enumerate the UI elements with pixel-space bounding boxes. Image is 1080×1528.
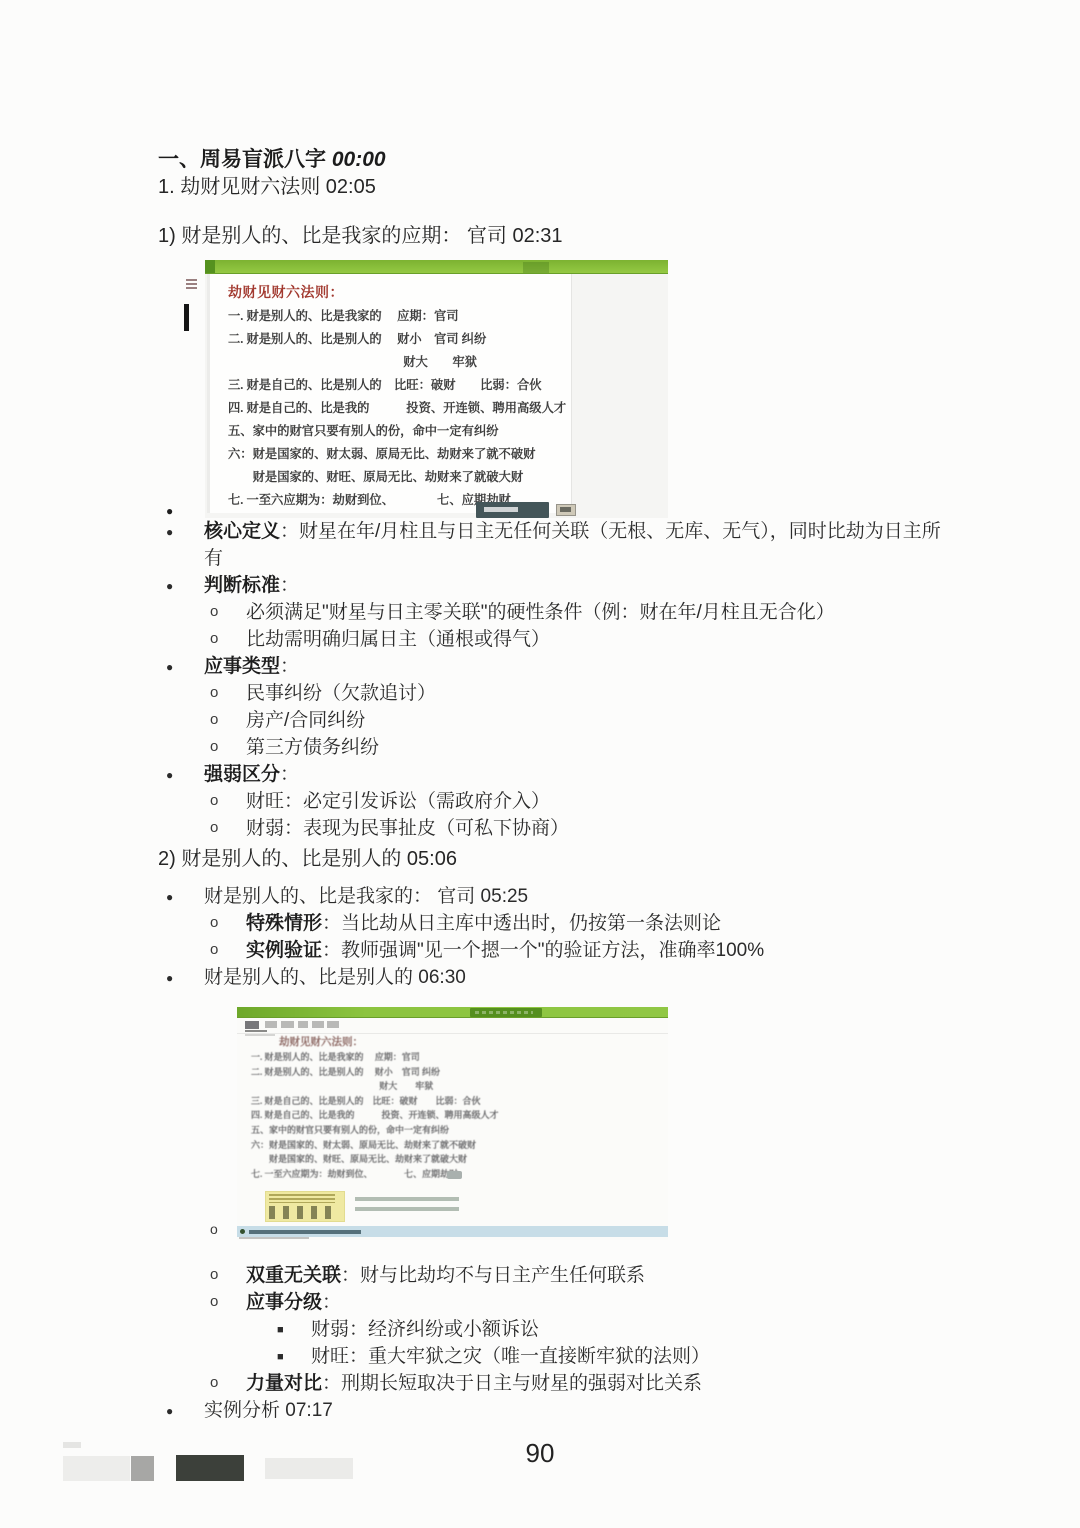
bullet-marker: o [210,1369,218,1396]
list-item-text: 双重无关联：财与比劫均不与日主产生任何联系 [246,1265,645,1286]
document-body: 一、周易盲派八字 00:00 1. 劫财见财六法则 02:05 1) 财是别人的… [158,146,968,1424]
list-item: ●财是别人的、比是我家的： 官司 05:25 [158,883,958,910]
notes-page: 一、周易盲派八字 00:00 1. 劫财见财六法则 02:05 1) 财是别人的… [0,0,1080,1528]
watermark-block [131,1456,154,1481]
section-heading: 一、周易盲派八字 00:00 [158,146,968,174]
bullet-marker: ● [166,762,173,789]
watermark-block [176,1455,244,1481]
list-item: ●实例分析 07:17 [158,1397,958,1424]
slide-line: 三. 财是自己的、比是别人的 比旺：破财 比弱：合伙 [228,374,571,397]
list-item: o力量对比：刑期长短取决于日主与财星的强弱对比关系 [158,1370,958,1397]
slide-line: 四. 财是自己的、比是我的 投资、开连锁、聘用高级人才 [251,1108,499,1123]
list-item-text: 财旺：重大牢狱之灾（唯一直接断牢狱的法则） [311,1346,710,1367]
highlighted-chart-block [265,1191,345,1222]
slide-line: 二. 财是别人的、比是别人的 财小 官司 纠纷 [228,328,571,351]
green-bar-title-blob [470,1008,542,1017]
case-list: ●财是别人的、比是我家的： 官司 05:25o特殊情形：当比劫从日主库中透出时，… [158,883,958,991]
bullet-marker: o [210,1288,218,1315]
list-item-text: 财是别人的、比是我家的： 官司 05:25 [204,886,528,907]
player-control-button [476,502,549,518]
watermark-block [63,1456,130,1481]
blurred-annotation [355,1197,459,1214]
timestamp: 00:00 [332,148,386,171]
menu-chip [312,1021,324,1028]
text-cursor-mark [184,304,189,331]
list-item: ●核心定义：财星在年/月柱且与日主无任何关联（无根、无库、无气），同时比劫为日主… [158,518,958,572]
list-item-text: 财弱：表现为民事扯皮（可私下协商） [246,818,569,839]
slide-line: 一. 财是别人的、比是我家的 应期：官司 [228,305,571,328]
menu-chip [327,1021,339,1028]
list-item-text: 实例验证：教师强调"见一个摁一个"的验证方法，准确率100% [246,940,764,961]
list-item: o财弱：表现为民事扯皮（可私下协商） [158,815,958,842]
slide-rule-lines: 一. 财是别人的、比是我家的 应期：官司二. 财是别人的、比是别人的 财小 官司… [228,305,571,512]
bullet-marker: ● [166,1398,173,1425]
menu-chip [298,1021,308,1028]
list-item-text: 特殊情形：当比劫从日主库中透出时，仍按第一条法则论 [246,913,721,934]
slide-line: 六：财是国家的、财太弱、原局无比、劫财来了就不破财 [228,443,571,466]
slide-title: 劫财见财六法则： [228,282,571,302]
bullet-marker: ■ [277,1317,284,1344]
list-item-text: 判断标准： [204,575,299,596]
slide-line: 财大 牢狱 [251,1079,499,1094]
bullet-marker: o [210,733,218,760]
player-image-icon [556,504,576,516]
player-taskbar [237,1226,668,1237]
lecture-slide-screenshot-2: 劫财见财六法则： 一. 财是别人的、比是我家的 应期：官司二. 财是别人的、比是… [237,1007,668,1240]
menu-chip [265,1021,277,1028]
list-item-text: 必须满足"财星与日主零关联"的硬性条件（例：财在年/月柱且无合化） [246,602,835,623]
list-item: ●财是别人的、比是别人的 06:30 [158,964,958,991]
green-bar-cap [205,260,215,273]
bullet-marker: ● [166,654,173,681]
bullet-marker: ● [166,519,173,546]
bullet-marker: o [210,814,218,841]
bullet-marker: o [210,787,218,814]
slide-line: 财是国家的、财旺、原局无比、劫财来了就破大财 [251,1152,499,1167]
list-item: o特殊情形：当比劫从日主库中透出时，仍按第一条法则论 [158,910,958,937]
list-item: o第三方债务纠纷 [158,734,958,761]
list-item-text: 财旺：必定引发诉讼（需政府介入） [246,791,550,812]
definition-list: ●核心定义：财星在年/月柱且与日主无任何关联（无根、无库、无气），同时比劫为日主… [158,518,958,842]
bullet-marker: ● [166,965,173,992]
list-item: o房产/合同纠纷 [158,707,958,734]
lecture-slide-screenshot-1: 劫财见财六法则： 一. 财是别人的、比是我家的 应期：官司二. 财是别人的、比是… [205,260,668,518]
list-item: o双重无关联：财与比劫均不与日主产生任何联系 [158,1262,958,1289]
list-item-text: 应事类型： [204,656,299,677]
list-item: ●应事类型： [158,653,958,680]
watermark-block [63,1442,81,1448]
hand-icon [447,1171,462,1179]
menu-chip [245,1021,259,1029]
section-heading-text: 一、周易盲派八字 [158,148,326,171]
green-bar-segment [523,262,549,273]
list-item-text: 房产/合同纠纷 [246,710,365,731]
slide-line: 五、家中的财官只要有别人的份，命中一定有纠纷 [228,420,571,443]
list-item: o比劫需明确归属日主（通根或得气） [158,626,958,653]
bullet-marker: o [210,1261,218,1288]
menu-underline-2 [245,1034,275,1036]
empty-bullet: ● [166,504,173,518]
list-item: ■财旺：重大牢狱之灾（唯一直接断牢狱的法则） [158,1343,958,1370]
slide-line: 四. 财是自己的、比是我的 投资、开连锁、聘用高级人才 [228,397,571,420]
slide-line: 财大 牢狱 [228,351,571,374]
slide-content: 劫财见财六法则： 一. 财是别人的、比是我家的 应期：官司二. 财是别人的、比是… [207,274,572,513]
sub-heading: 1. 劫财见财六法则 02:05 [158,174,968,201]
list-item-text: 实例分析 07:17 [204,1400,333,1421]
bullet-marker: o [210,936,218,963]
list-item: o财旺：必定引发诉讼（需政府介入） [158,788,958,815]
bullet-marker: o [210,706,218,733]
bullet-marker: ■ [277,1344,284,1371]
bullet-marker: o [210,598,218,625]
slide-line: 一. 财是别人的、比是我家的 应期：官司 [251,1050,499,1065]
list-item-text: 比劫需明确归属日主（通根或得气） [246,629,550,650]
slide-line: 财是国家的、财旺、原局无比、劫财来了就破大财 [228,466,571,489]
list-item: ●强弱区分： [158,761,958,788]
list-item: o实例验证：教师强调"见一个摁一个"的验证方法，准确率100% [158,937,958,964]
menu-chip [281,1021,294,1028]
slide-line: 二. 财是别人的、比是别人的 财小 官司 纠纷 [251,1065,499,1080]
list-item: o必须满足"财星与日主零关联"的硬性条件（例：财在年/月柱且无合化） [158,599,958,626]
slide-title-small: 劫财见财六法则： [279,1034,363,1049]
margin-marks [186,279,197,289]
bullet-marker: o [210,909,218,936]
list-item-text: 第三方债务纠纷 [246,737,379,758]
taskbar-substripe [239,1237,309,1239]
bullet-marker: ● [166,573,173,600]
bullet-marker: o [210,625,218,652]
list-item-text: 应事分级： [246,1292,341,1313]
slide-line: 三. 财是自己的、比是别人的 比旺：破财 比弱：合伙 [251,1094,499,1109]
slide-line: 六：财是国家的、财太弱、原局无比、劫财来了就不破财 [251,1138,499,1153]
empty-circle-bullet: o [210,1221,218,1237]
menu-underline [245,1030,267,1032]
player-green-bar-2 [237,1007,668,1018]
list-item: ●判断标准： [158,572,958,599]
list-item-text: 财弱：经济纠纷或小额诉讼 [311,1319,539,1340]
numbered-point-1: 1) 财是别人的、比是我家的应期： 官司 02:31 [158,223,968,250]
grading-list: o双重无关联：财与比劫均不与日主产生任何联系o应事分级：■财弱：经济纠纷或小额诉… [158,1262,958,1424]
slide-line: 五、家中的财官只要有别人的份，命中一定有纠纷 [251,1123,499,1138]
numbered-point-2: 2) 财是别人的、比是别人的 05:06 [158,846,968,873]
list-item-text: 强弱区分： [204,764,299,785]
page-number: 90 [0,1438,1080,1469]
slide-rule-lines-small: 一. 财是别人的、比是我家的 应期：官司二. 财是别人的、比是别人的 财小 官司… [251,1050,499,1181]
bullet-marker: ● [166,884,173,911]
bullet-marker: o [210,679,218,706]
list-item-text: 财是别人的、比是别人的 06:30 [204,967,466,988]
list-item-text: 力量对比：刑期长短取决于日主与财星的强弱对比关系 [246,1373,702,1394]
list-item-text: 核心定义：财星在年/月柱且与日主无任何关联（无根、无库、无气），同时比劫为日主所… [204,521,941,569]
player-green-bar [205,260,668,274]
list-item: o民事纠纷（欠款追讨） [158,680,958,707]
list-item: ■财弱：经济纠纷或小额诉讼 [158,1316,958,1343]
list-item: o应事分级： [158,1289,958,1316]
watermark-block [265,1458,353,1479]
list-item-text: 民事纠纷（欠款追讨） [246,683,436,704]
